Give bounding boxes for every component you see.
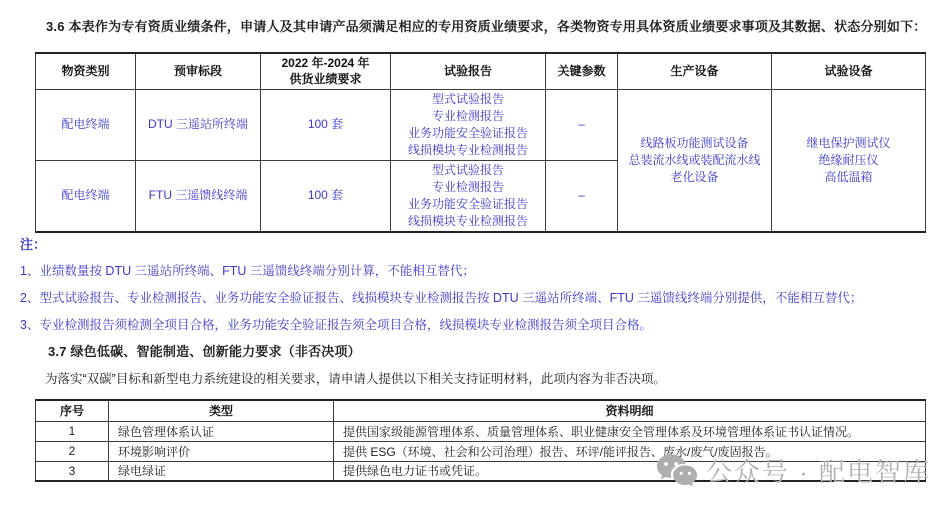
notes-label: 注： — [20, 236, 862, 253]
header-index: 序号 — [36, 400, 109, 421]
watermark: 公众号 · 配电智库 — [656, 452, 931, 489]
table-header-row: 物资类别 预审标段 2022 年-2024 年 供货业绩要求 试验报告 关键参数… — [36, 53, 926, 89]
cell-key-params: – — [546, 160, 618, 232]
cell-index: 3 — [36, 461, 109, 481]
cell-detail: 提供国家级能源管理体系、质量管理体系、职业健康安全管理体系及环境管理体系证书认证… — [334, 421, 926, 441]
note-item: 3、专业检测报告须检测全项目合格，业务功能安全验证报告须全项目合格，线损模块专业… — [20, 317, 862, 334]
cell-test-reports: 型式试验报告 专业检测报告 业务功能安全验证报告 线损模块专业检测报告 — [391, 160, 546, 232]
wechat-icon — [656, 453, 698, 489]
cell-index: 1 — [36, 421, 109, 441]
cell-material-category: 配电终端 — [36, 89, 136, 160]
watermark-text: 公众号 · 配电智库 — [706, 452, 931, 489]
section-3-7-title: 3.7 绿色低碳、智能制造、创新能力要求（非否决项） — [48, 341, 361, 360]
qualification-requirements-table: 物资类别 预审标段 2022 年-2024 年 供货业绩要求 试验报告 关键参数… — [35, 52, 926, 233]
header-type: 类型 — [109, 400, 334, 421]
section-3-7-paragraph: 为落实“双碳”目标和新型电力系统建设的相关要求，请申请人提供以下相关支持证明材料… — [45, 369, 666, 387]
cell-test-reports: 型式试验报告 专业检测报告 业务功能安全验证报告 线损模块专业检测报告 — [391, 89, 546, 160]
header-supply-record-requirement: 2022 年-2024 年 供货业绩要求 — [261, 53, 391, 89]
cell-quantity: 100 套 — [261, 160, 391, 232]
notes-block: 注： 1、业绩数量按 DTU 三遥站所终端、FTU 三遥馈线终端分别计算，不能相… — [20, 236, 862, 334]
cell-lot: FTU 三遥馈线终端 — [136, 160, 261, 232]
cell-test-equipment: 继电保护测试仪 绝缘耐压仪 高低温箱 — [772, 89, 926, 232]
table-row: 配电终端 DTU 三遥站所终端 100 套 型式试验报告 专业检测报告 业务功能… — [36, 89, 926, 160]
cell-type: 绿色管理体系认证 — [109, 421, 334, 441]
header-key-parameters: 关键参数 — [546, 53, 618, 89]
cell-material-category: 配电终端 — [36, 160, 136, 232]
cell-index: 2 — [36, 441, 109, 461]
header-test-equipment: 试验设备 — [772, 53, 926, 89]
cell-quantity: 100 套 — [261, 89, 391, 160]
cell-production-equipment: 线路板功能测试设备 总装流水线或装配流水线 老化设备 — [618, 89, 772, 232]
header-test-report: 试验报告 — [391, 53, 546, 89]
cell-key-params: – — [546, 89, 618, 160]
section-3-6-title: 3.6 本表作为专有资质业绩条件，申请人及其申请产品须满足相应的专用资质业绩要求… — [46, 16, 926, 35]
table-header-row: 序号 类型 资料明细 — [36, 400, 926, 421]
table-row: 1 绿色管理体系认证 提供国家级能源管理体系、质量管理体系、职业健康安全管理体系… — [36, 421, 926, 441]
note-item: 2、型式试验报告、专业检测报告、业务功能安全验证报告、线损模块专业检测报告按 D… — [20, 290, 862, 307]
cell-lot: DTU 三遥站所终端 — [136, 89, 261, 160]
header-production-equipment: 生产设备 — [618, 53, 772, 89]
header-detail: 资料明细 — [334, 400, 926, 421]
header-material-category: 物资类别 — [36, 53, 136, 89]
cell-type: 绿电绿证 — [109, 461, 334, 481]
header-prequalification-lot: 预审标段 — [136, 53, 261, 89]
cell-type: 环境影响评价 — [109, 441, 334, 461]
document-page: 3.6 本表作为专有资质业绩条件，申请人及其申请产品须满足相应的专用资质业绩要求… — [0, 0, 937, 507]
note-item: 1、业绩数量按 DTU 三遥站所终端、FTU 三遥馈线终端分别计算，不能相互替代… — [20, 263, 862, 280]
